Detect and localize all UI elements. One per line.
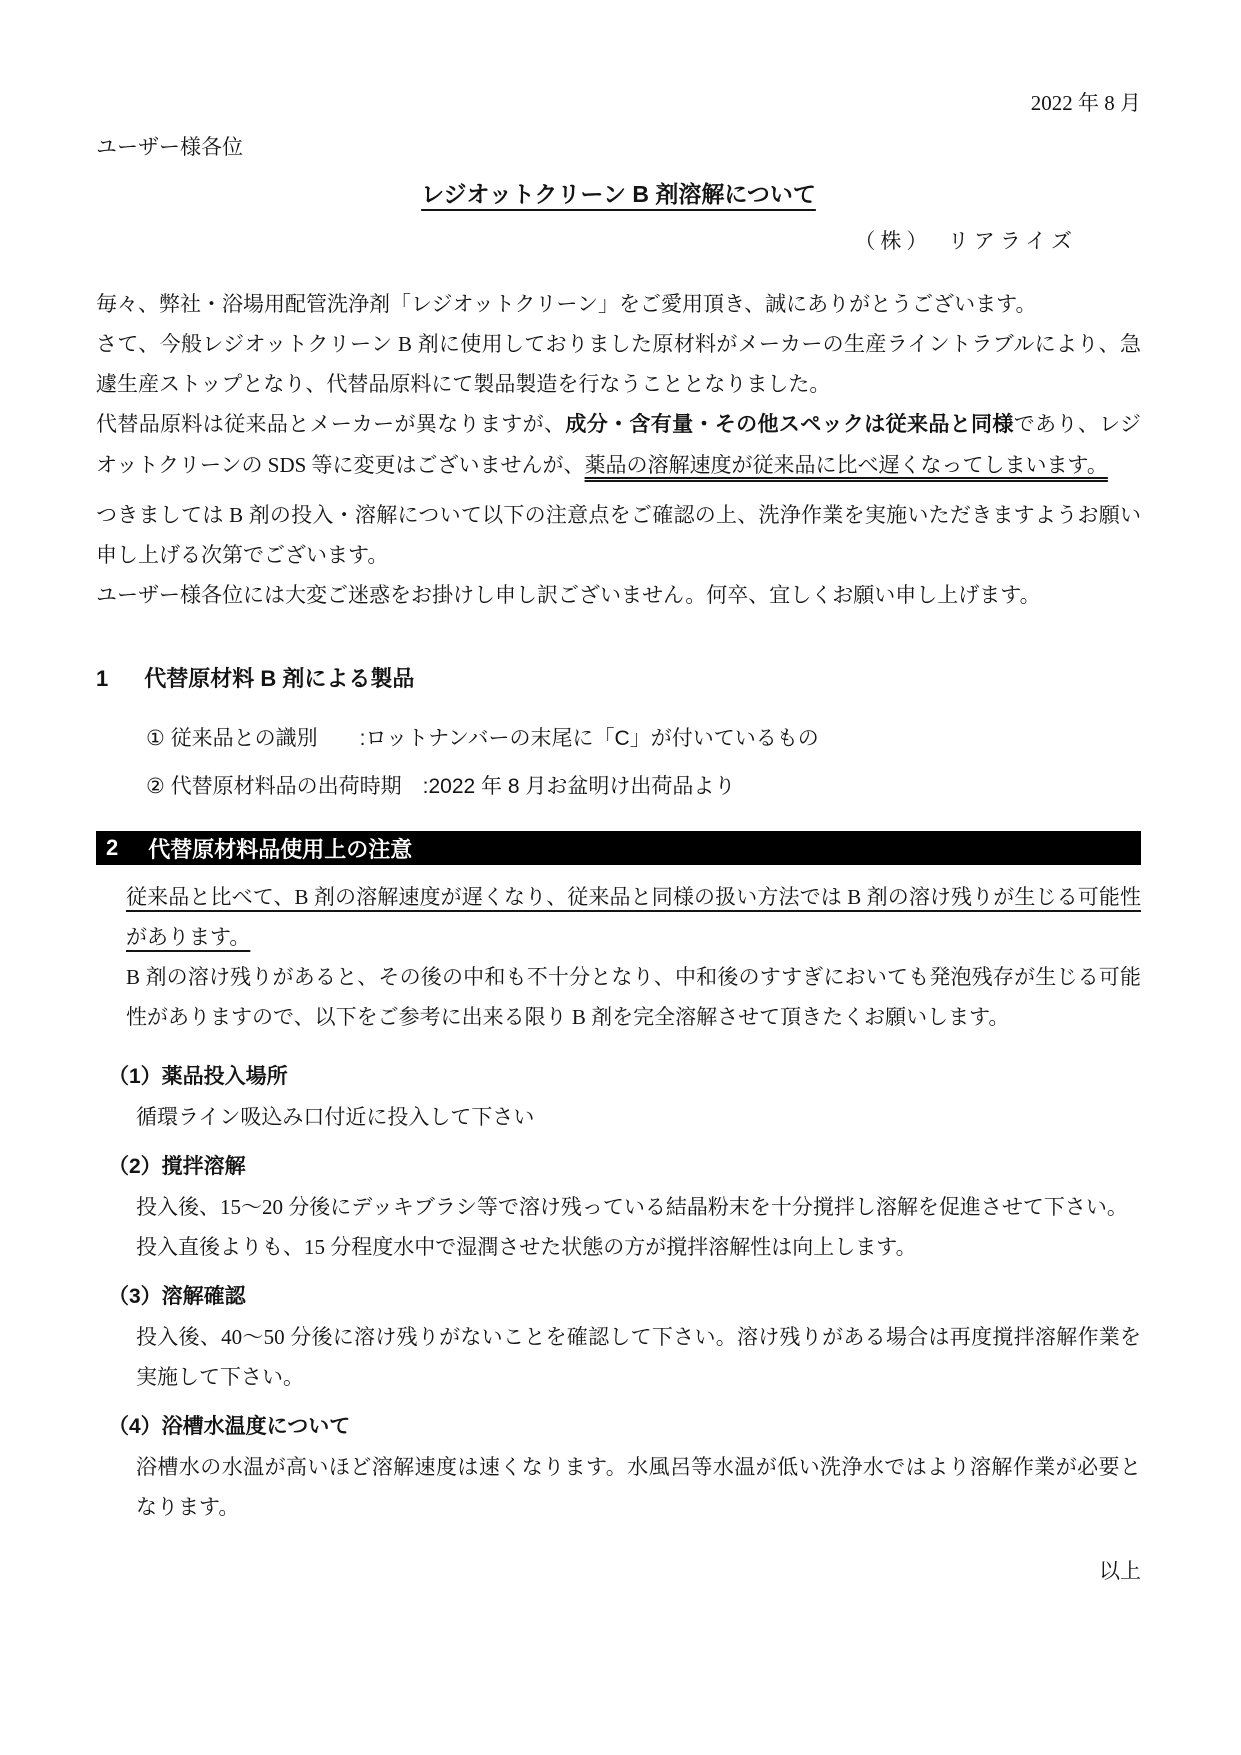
- section1-heading-text: 代替原材料 B 剤による製品: [144, 659, 414, 699]
- document-title-text: レジオットクリーン B 剤溶解について: [421, 181, 816, 207]
- intro-paragraph-3: 代替品原料は従来品とメーカーが異なりますが、成分・含有量・その他スペックは従来品…: [96, 404, 1141, 485]
- subsection-1: （1）薬品投入場所 循環ライン吸込み口付近に投入して下さい: [96, 1057, 1141, 1137]
- document-page: 2022 年 8 月 ユーザー様各位 レジオットクリーン B 剤溶解について （…: [0, 0, 1241, 1755]
- section2-warning-underlined: 従来品と比べて、B 剤の溶解速度が遅くなり、従来品と同様の扱い方法では B 剤の…: [126, 885, 1141, 949]
- intro-paragraph-5: ユーザー様各位には大変ご迷惑をお掛けし申し訳ございません。何卒、宜しくお願い申し…: [96, 575, 1141, 615]
- section1-item-1: ① 従来品との識別 :ロットナンバーの末尾に「C」が付いているもの: [146, 715, 1141, 763]
- intro-paragraph-4: つきましては B 剤の投入・溶解について以下の注意点をご確認の上、洗浄作業を実施…: [96, 495, 1141, 575]
- section1-item-2: ② 代替原材料品の出荷時期 :2022 年 8 月お盆明け出荷品より: [146, 763, 1141, 811]
- section1-items: ① 従来品との識別 :ロットナンバーの末尾に「C」が付いているもの ② 代替原材…: [96, 715, 1141, 811]
- subsection-3: （3）溶解確認 投入後、40～50 分後に溶け残りがないことを確認して下さい。溶…: [96, 1277, 1141, 1397]
- document-title: レジオットクリーン B 剤溶解について: [96, 174, 1141, 214]
- company-name: （株） リアライズ: [96, 224, 1141, 258]
- document-date: 2022 年 8 月: [96, 86, 1141, 120]
- section1-heading: 1 代替原材料 B 剤による製品: [96, 659, 1141, 699]
- section2-header-bar: 2 代替原材料品使用上の注意: [96, 831, 1141, 865]
- intro-paragraph-3-bold: 成分・含有量・その他スペックは従来品と同様: [565, 413, 1013, 436]
- subsection-3-body: 投入後、40～50 分後に溶け残りがないことを確認して下さい。溶け残りがある場合…: [96, 1317, 1141, 1397]
- section2-heading-text: 代替原材料品使用上の注意: [148, 833, 412, 864]
- subsection-2-heading: （2）撹拌溶解: [96, 1147, 1141, 1187]
- subsection-2: （2）撹拌溶解 投入後、15～20 分後にデッキブラシ等で溶け残っている結晶粉末…: [96, 1147, 1141, 1267]
- intro-paragraph-3-underlined: 薬品の溶解速度が従来品に比べ遅くなってしまいます。: [585, 453, 1108, 477]
- subsection-1-heading: （1）薬品投入場所: [96, 1057, 1141, 1097]
- section2-subsections: （1）薬品投入場所 循環ライン吸込み口付近に投入して下さい （2）撹拌溶解 投入…: [96, 1057, 1141, 1527]
- recipient: ユーザー様各位: [96, 130, 1141, 164]
- subsection-4-heading: （4）浴槽水温度について: [96, 1407, 1141, 1447]
- subsection-3-heading: （3）溶解確認: [96, 1277, 1141, 1317]
- subsection-4: （4）浴槽水温度について 浴槽水の水温が高いほど溶解速度は速くなります。水風呂等…: [96, 1407, 1141, 1527]
- intro-paragraph-1: 毎々、弊社・浴場用配管洗浄剤「レジオットクリーン」をご愛用頂き、誠にありがとうご…: [96, 284, 1141, 324]
- subsection-4-body: 浴槽水の水温が高いほど溶解速度は速くなります。水風呂等水温が低い洗浄水ではより溶…: [96, 1447, 1141, 1527]
- intro-paragraph-2: さて、今般レジオットクリーン B 剤に使用しておりました原材料がメーカーの生産ラ…: [96, 324, 1141, 404]
- section2-body: B 剤の溶け残りがあると、その後の中和も不十分となり、中和後のすすぎにおいても発…: [96, 957, 1141, 1037]
- subsection-2-body-line-1: 投入後、15～20 分後にデッキブラシ等で溶け残っている結晶粉末を十分撹拌し溶解…: [96, 1187, 1141, 1227]
- intro-paragraph-3-pre: 代替品原料は従来品とメーカーが異なりますが、: [96, 412, 565, 436]
- section1-number: 1: [96, 659, 108, 699]
- intro-section: 毎々、弊社・浴場用配管洗浄剤「レジオットクリーン」をご愛用頂き、誠にありがとうご…: [96, 284, 1141, 615]
- subsection-2-body-line-2: 投入直後よりも、15 分程度水中で湿潤させた状態の方が撹拌溶解性は向上します。: [96, 1227, 1141, 1267]
- subsection-1-body: 循環ライン吸込み口付近に投入して下さい: [96, 1097, 1141, 1137]
- closing-text: 以上: [96, 1551, 1141, 1591]
- section2-warning: 従来品と比べて、B 剤の溶解速度が遅くなり、従来品と同様の扱い方法では B 剤の…: [96, 877, 1141, 957]
- section2-number: 2: [106, 835, 118, 861]
